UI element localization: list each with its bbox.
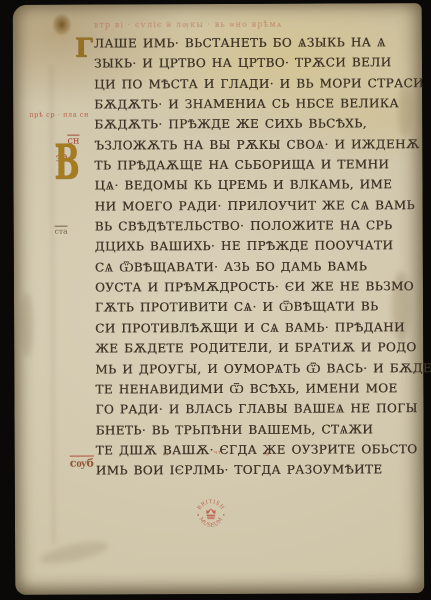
svg-text:BRITISH: BRITISH [197,499,226,511]
stamp-text-top: BRITISH [197,499,226,511]
crease-smudge [38,537,110,567]
text-line: ГѪТЬ ПРОТИВИТИ СѦ· И ѾВѢЩАТИ ВЬ [95,297,420,319]
text-line: ЪЗЛОЖѪТЬ НА ВЫ РѪКЫ СВОѦ· И ИЖДЕНѪ [94,134,419,156]
text-line: БѪДѪТЬ· И ЗНАМЕНИА СЬ НБСЕ ВЕЛИКА [94,93,419,115]
text-line: ЗЫКЬ· И ЦРТВО НА ЦРТВО· ТРѪСИ ВЕЛИ [94,52,419,74]
text-line: ИМЬ ВОИ ІЄРЛМЬ· ТОГДА РАЗОУМѢИТЕ [96,459,421,481]
text-line: ГО РАДИ· И ВЛАСЬ ГЛАВЫ ВАШЕѦ НЕ ПОГЫ [95,398,420,420]
text-line: МЬ И ДРОУГЫ, И ОУМОРѦТЬ Ѿ ВАСЬ· И БѪДЕ [95,358,420,380]
text-line: БѪДѪТЬ· ПРѢЖДЕ ЖЕ СИХЬ ВЬСѢХЬ, [94,113,419,135]
crown-icon [206,508,216,519]
text-line: СѦ ѾВѢЩАВАТИ· АЗЬ БО ДАМЬ ВАМЬ [95,256,420,278]
text-line: ТЕ НЕНАВИДИМИ Ѿ ВСѢХЬ, ИМЕНИ МОЕ [95,378,420,400]
text-line: БНЕТЬ· ВЬ ТРЬПѢНИ ВАШЕМЬ, СТѦЖИ [96,419,421,441]
text-line: ЦѦ· ВЕДОМЫ КЬ ЦРЕМЬ И ВЛКАМЬ, ИМЕ [94,175,419,197]
text-line: ЛАШЕ ИМЬ· ВЬСТАНЕТЬ БО ѦЗЫКЬ НА Ѧ [94,32,419,54]
bleedthrough-smudge [20,293,33,357]
lection-rubric: втр ві · єѵліє ѿ лѹкы · вь ѡно врѣмѧ [94,19,354,29]
photo-background: втр ві · єѵліє ѿ лѹкы · вь ѡно врѣмѧ прѣ… [0,0,431,600]
illuminated-initial-v: В [54,139,79,187]
text-line: ДЦИХЬ ВАШИХЬ· НЕ ПРѢЖДЕ ПООУЧАТИ [95,236,420,258]
text-line: ОУСТА И ПРѢМѪДРОСТЬ· ЄИ ЖЕ НЕ ВЬЗМО [95,276,420,298]
stamp-dot [223,514,225,516]
text-line: ТЬ ПРѢДАѪЩЕ НА СЬБОРИЩА И ТЕМНИ [94,154,419,176]
manuscript-page: втр ві · єѵліє ѿ лѹкы · вь ѡно врѣмѧ прѣ… [13,3,425,595]
text-line: ВЬ СВѢДѢТЕЛЬСТВО· ПОЛОЖИТЕ НА СРЬ [95,215,420,237]
stamp-dot [197,514,199,516]
british-museum-stamp: BRITISH MUSEUM [192,496,230,532]
illuminated-initial-g: Г [75,34,93,64]
margin-note-red: прѣ ср · пла сн [29,111,89,119]
text-block: ЛАШЕ ИМЬ· ВЬСТАНЕТЬ БО ѦЗЫКЬ НА Ѧ ЗЫКЬ· … [94,32,421,481]
text-line: СИ ПРОТИВЛѢѪЩИ И СѦ ВАМЬ· ПРѢДАНИ [95,317,420,339]
text-line: ЖЕ БѪДЕТЕ РОДИТЕЛИ, И БРАТИѪ И РОДО [95,337,420,359]
text-line: НИ МОЕГО РАДИ· ПРИЛОУЧИТ ЖЕ СѦ ВАМЬ [95,195,420,217]
text-line: ТЕ ДШѪ ВАШѪ· ЄГДА ЖЕ ОУЗРИТЕ ОБЬСТО [96,439,421,461]
margin-note-sta: ста [55,227,68,236]
text-line: ЦИ ПО МѢСТА И ГЛАДИ· И ВЬ МОРИ СТРАСИ [94,73,419,95]
margin-note-sub: сѹб [70,457,94,470]
